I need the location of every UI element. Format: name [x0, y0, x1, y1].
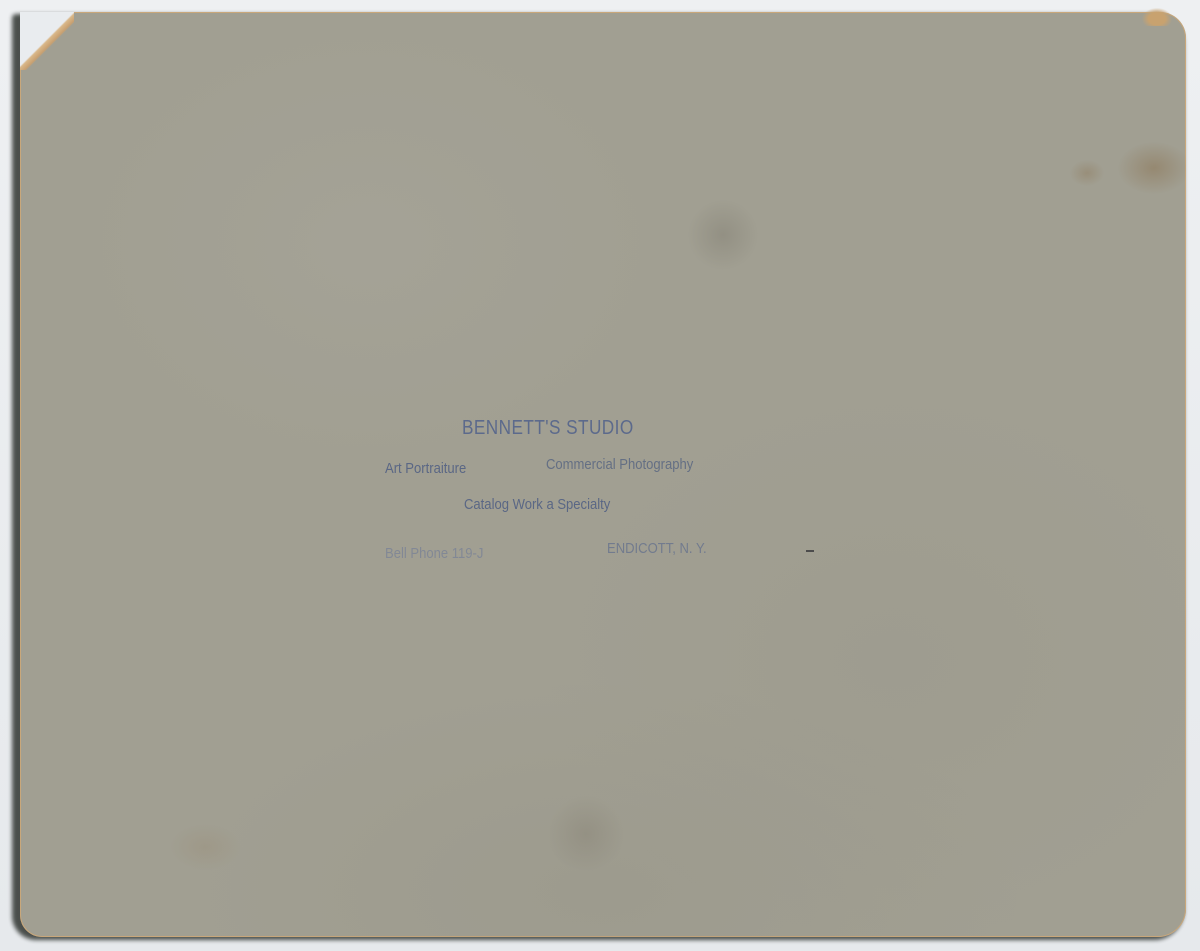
service-commercial-photography: Commercial Photography [546, 457, 693, 473]
damaged-corner [20, 12, 74, 70]
service-art-portraiture: Art Portraiture [385, 461, 466, 477]
damaged-corner [1142, 8, 1172, 26]
stain [688, 200, 758, 270]
studio-name: BENNETT'S STUDIO [462, 417, 634, 440]
photo-mount-card [20, 12, 1186, 937]
stain [170, 824, 240, 870]
stain [1118, 142, 1186, 194]
ink-mark [806, 550, 814, 552]
phone-number: Bell Phone 119-J [385, 546, 483, 562]
stain [548, 796, 624, 872]
tagline: Catalog Work a Specialty [464, 497, 610, 513]
location: ENDICOTT, N. Y. [607, 541, 707, 557]
stain [1070, 160, 1104, 186]
